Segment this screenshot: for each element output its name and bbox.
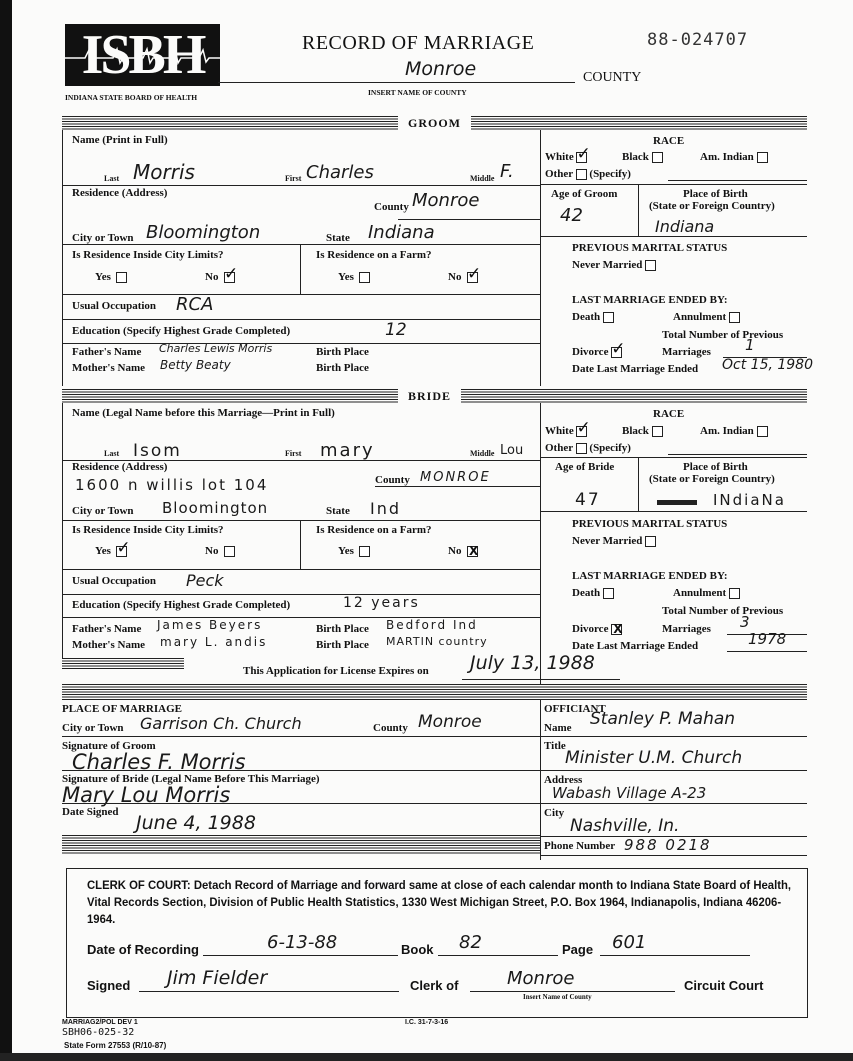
rule bbox=[727, 651, 807, 652]
groom-county: Monroe bbox=[412, 190, 479, 211]
date-band bbox=[62, 835, 540, 855]
date-signed-label: Date Signed bbox=[62, 806, 119, 818]
yes-label: Yes bbox=[338, 271, 354, 283]
bride-birthplace-sub: (State or Foreign Country) bbox=[649, 473, 775, 485]
rule bbox=[462, 679, 620, 680]
place-city-label: City or Town bbox=[62, 722, 124, 734]
no-label: No bbox=[448, 271, 461, 283]
rule bbox=[540, 457, 807, 458]
groom-middle-name: F. bbox=[500, 161, 514, 182]
groom-never-married[interactable]: Never Married bbox=[572, 259, 656, 271]
rule bbox=[540, 736, 807, 737]
bride-last-label: Last bbox=[104, 449, 119, 458]
isbh-logo: ISBH bbox=[65, 24, 220, 86]
groom-city-limits-yes[interactable]: Yes bbox=[95, 271, 127, 283]
rule bbox=[62, 520, 540, 521]
groom-race-other[interactable]: Other (Specify) bbox=[545, 168, 631, 180]
bride-city-limits-yes-checkbox[interactable] bbox=[116, 546, 127, 557]
rule bbox=[638, 457, 639, 511]
groom-annulment[interactable]: Annulment bbox=[673, 311, 740, 323]
groom-ended-by-label: LAST MARRIAGE ENDED BY: bbox=[572, 294, 728, 306]
never-married-label: Never Married bbox=[572, 535, 642, 547]
groom-total-prev: 1 bbox=[745, 336, 755, 354]
groom-death[interactable]: Death bbox=[572, 311, 614, 323]
bride-occupation-label: Usual Occupation bbox=[72, 575, 156, 587]
groom-farm-label: Is Residence on a Farm? bbox=[316, 249, 432, 261]
clerk-county-caption: Insert Name of County bbox=[523, 993, 592, 1001]
place-band bbox=[62, 684, 807, 700]
rule bbox=[438, 955, 558, 956]
license-expires-date: July 13, 1988 bbox=[470, 652, 595, 674]
groom-mother-label: Mother's Name bbox=[72, 362, 145, 374]
bride-city-limits-no[interactable]: No bbox=[205, 545, 235, 557]
ic-code: I.C. 31-7-3-16 bbox=[405, 1019, 448, 1026]
bride-never-married[interactable]: Never Married bbox=[572, 535, 656, 547]
clerk-instructions: CLERK OF COURT: Detach Record of Marriag… bbox=[87, 877, 795, 928]
groom-first-name: Charles bbox=[306, 162, 374, 183]
bride-birthplace-label: Place of Birth bbox=[683, 461, 748, 473]
rule bbox=[62, 294, 540, 295]
bride-age: 47 bbox=[575, 490, 601, 510]
rule bbox=[540, 511, 807, 512]
groom-birthplace: Indiana bbox=[655, 217, 714, 236]
clerk-county: Monroe bbox=[507, 968, 574, 989]
groom-residence-label: Residence (Address) bbox=[72, 187, 167, 199]
groom-mother-birthplace-label: Birth Place bbox=[316, 362, 369, 374]
death-label: Death bbox=[572, 587, 600, 599]
bride-farm-no[interactable]: No bbox=[448, 545, 478, 557]
license-expires-label: This Application for License Expires on bbox=[243, 665, 429, 677]
page-label: Page bbox=[562, 942, 593, 957]
groom-birthplace-label: Place of Birth bbox=[683, 188, 748, 200]
groom-first-label: First bbox=[285, 174, 301, 183]
rule bbox=[62, 343, 540, 344]
groom-father: Charles Lewis Morris bbox=[159, 342, 272, 355]
groom-occupation-label: Usual Occupation bbox=[72, 300, 156, 312]
bride-county-label: County bbox=[375, 474, 410, 486]
bride-county: MONROE bbox=[420, 470, 491, 485]
rule bbox=[540, 184, 807, 185]
groom-date-ended: Oct 15, 1980 bbox=[722, 357, 813, 373]
bride-annulment[interactable]: Annulment bbox=[673, 587, 740, 599]
rule bbox=[62, 319, 540, 320]
bride-race-black[interactable]: Black bbox=[622, 425, 663, 437]
groom-race-white[interactable]: White bbox=[545, 151, 587, 163]
bride-date-ended: 1978 bbox=[748, 630, 786, 648]
bride-total-prev-label: Total Number of Previous bbox=[662, 605, 783, 617]
bride-birthplace: INdiaNa bbox=[713, 491, 786, 509]
bride-state: Ind bbox=[370, 499, 401, 518]
groom-age: 42 bbox=[560, 205, 583, 226]
rule bbox=[62, 569, 540, 570]
rule bbox=[540, 770, 807, 771]
bride-father-label: Father's Name bbox=[72, 623, 141, 635]
groom-city-limits-no[interactable]: No bbox=[205, 271, 235, 283]
bride-divorce[interactable]: Divorce bbox=[572, 623, 622, 635]
bride-residence-label: Residence (Address) bbox=[72, 461, 167, 473]
rule bbox=[540, 236, 807, 237]
groom-race-white-checkbox[interactable] bbox=[576, 152, 587, 163]
form-code: MARRIAG2/POL DEV 1 bbox=[62, 1019, 138, 1026]
race-black-label: Black bbox=[622, 425, 649, 437]
rule bbox=[203, 955, 398, 956]
no-label: No bbox=[448, 545, 461, 557]
bride-date-ended-label: Date Last Marriage Ended bbox=[572, 640, 698, 652]
state-form-number: State Form 27553 (R/10-87) bbox=[64, 1041, 166, 1050]
rule bbox=[62, 736, 540, 737]
bride-death-checkbox[interactable] bbox=[603, 588, 614, 599]
race-white-label: White bbox=[545, 425, 574, 437]
bride-annulment-checkbox[interactable] bbox=[729, 588, 740, 599]
no-label: No bbox=[205, 271, 218, 283]
bride-city: Bloomington bbox=[162, 499, 268, 517]
bride-father-birthplace: Bedford Ind bbox=[386, 618, 478, 632]
bride-race-other-checkbox[interactable] bbox=[576, 443, 587, 454]
groom-race-am-indian-checkbox[interactable] bbox=[757, 152, 768, 163]
rule bbox=[139, 991, 399, 992]
bride-death[interactable]: Death bbox=[572, 587, 614, 599]
bride-prev-status-label: PREVIOUS MARITAL STATUS bbox=[572, 518, 727, 530]
annulment-label: Annulment bbox=[673, 587, 726, 599]
bride-ended-by-label: LAST MARRIAGE ENDED BY: bbox=[572, 570, 728, 582]
header-county-label: COUNTY bbox=[583, 70, 641, 86]
sbh-code: SBH06-025-32 bbox=[62, 1027, 134, 1038]
groom-marriages-label: Marriages bbox=[662, 346, 711, 358]
bride-first-name: mary bbox=[320, 440, 375, 461]
bride-city-limits-no-checkbox[interactable] bbox=[224, 546, 235, 557]
no-label: No bbox=[205, 545, 218, 557]
groom-date-ended-label: Date Last Marriage Ended bbox=[572, 363, 698, 375]
groom-total-prev-label: Total Number of Previous bbox=[662, 329, 783, 341]
bride-race-black-checkbox[interactable] bbox=[652, 426, 663, 437]
officiant-title: Minister U.M. Church bbox=[565, 748, 742, 768]
bride-total-prev: 3 bbox=[740, 613, 750, 631]
rule bbox=[668, 180, 807, 181]
rule bbox=[600, 955, 750, 956]
annulment-label: Annulment bbox=[673, 311, 726, 323]
race-white-label: White bbox=[545, 151, 574, 163]
bride-section-label: BRIDE bbox=[398, 389, 461, 403]
officiant-city: Nashville, In. bbox=[570, 816, 679, 836]
rule bbox=[300, 244, 301, 294]
book-label: Book bbox=[401, 942, 434, 957]
bride-divorce-checkbox[interactable] bbox=[611, 624, 622, 635]
header-county-line bbox=[218, 82, 575, 83]
groom-state: Indiana bbox=[368, 222, 435, 243]
race-other-label: Other bbox=[545, 168, 573, 180]
bride-father-birthplace-label: Birth Place bbox=[316, 623, 369, 635]
groom-last-label: Last bbox=[104, 174, 119, 183]
bride-city-limits-yes[interactable]: Yes bbox=[95, 545, 127, 557]
officiant-phone: 988 0218 bbox=[624, 836, 712, 854]
page-number: 601 bbox=[612, 932, 646, 953]
bride-race-white-checkbox[interactable] bbox=[576, 426, 587, 437]
rule bbox=[540, 855, 807, 856]
rule bbox=[638, 184, 639, 236]
bride-first-label: First bbox=[285, 449, 301, 458]
bride-occupation: Peck bbox=[186, 571, 224, 590]
bride-farm-label: Is Residence on a Farm? bbox=[316, 524, 432, 536]
groom-city-limits-no-checkbox[interactable] bbox=[224, 272, 235, 283]
groom-father-birthplace-label: Birth Place bbox=[316, 346, 369, 358]
bride-father: James Beyers bbox=[157, 618, 262, 632]
groom-education: 12 bbox=[385, 320, 407, 340]
agency-name: INDIANA STATE BOARD OF HEALTH bbox=[65, 93, 197, 102]
officiant-city-label: City bbox=[544, 807, 564, 819]
groom-name-label: Name (Print in Full) bbox=[72, 134, 168, 146]
divorce-label: Divorce bbox=[572, 623, 608, 635]
clerk-of-court-box: CLERK OF COURT: Detach Record of Marriag… bbox=[66, 868, 808, 1018]
groom-city-label: City or Town bbox=[72, 232, 134, 244]
bride-last-name: Isom bbox=[133, 441, 182, 461]
bride-education-label: Education (Specify Highest Grade Complet… bbox=[72, 599, 290, 611]
groom-birthplace-sub: (State or Foreign Country) bbox=[649, 200, 775, 212]
groom-city-limits-label: Is Residence Inside City Limits? bbox=[72, 249, 224, 261]
circuit-court-label: Circuit Court bbox=[684, 978, 763, 993]
groom-divorce-checkbox[interactable] bbox=[611, 347, 622, 358]
recording-date-label: Date of Recording bbox=[87, 942, 199, 957]
bride-never-married-checkbox[interactable] bbox=[645, 536, 656, 547]
header-county-caption: INSERT NAME OF COUNTY bbox=[368, 88, 467, 97]
groom-age-label: Age of Groom bbox=[551, 188, 617, 200]
rule bbox=[540, 403, 541, 693]
yes-label: Yes bbox=[95, 545, 111, 557]
yes-label: Yes bbox=[95, 271, 111, 283]
race-specify-label: (Specify) bbox=[589, 442, 631, 454]
bride-race-white[interactable]: White bbox=[545, 425, 587, 437]
groom-left-border bbox=[62, 130, 63, 386]
officiant-name: Stanley P. Mahan bbox=[590, 709, 735, 729]
groom-father-label: Father's Name bbox=[72, 346, 141, 358]
bride-farm-yes-checkbox[interactable] bbox=[359, 546, 370, 557]
groom-farm-yes[interactable]: Yes bbox=[338, 271, 370, 283]
groom-section-label: GROOM bbox=[398, 116, 471, 130]
recording-date: 6-13-88 bbox=[267, 932, 337, 953]
rule bbox=[540, 803, 807, 804]
scan-edge-bottom bbox=[0, 1053, 853, 1061]
groom-middle-label: Middle bbox=[470, 174, 494, 183]
officiant-name-label: Name bbox=[544, 722, 572, 734]
rule bbox=[470, 991, 675, 992]
bride-residence: 1600 n willis lot 104 bbox=[75, 476, 268, 494]
bride-age-label: Age of Bride bbox=[555, 461, 614, 473]
bride-race-am-indian-checkbox[interactable] bbox=[757, 426, 768, 437]
form-title: RECORD OF MARRIAGE bbox=[302, 32, 534, 55]
groom-never-married-checkbox[interactable] bbox=[645, 260, 656, 271]
clerk-of-label: Clerk of bbox=[410, 978, 458, 993]
bride-city-limits-label: Is Residence Inside City Limits? bbox=[72, 524, 224, 536]
book-number: 82 bbox=[459, 932, 482, 953]
bride-name-label: Name (Legal Name before this Marriage—Pr… bbox=[72, 407, 335, 419]
bride-mother: mary L. andis bbox=[160, 635, 267, 649]
rule bbox=[62, 594, 540, 595]
groom-race-am-indian[interactable]: Am. Indian bbox=[700, 151, 768, 163]
groom-city: Bloomington bbox=[146, 222, 260, 243]
yes-label: Yes bbox=[338, 545, 354, 557]
bride-race-other[interactable]: Other (Specify) bbox=[545, 442, 631, 454]
never-married-label: Never Married bbox=[572, 259, 642, 271]
groom-farm-no[interactable]: No bbox=[448, 271, 478, 283]
rule bbox=[375, 486, 540, 487]
bride-education: 12 years bbox=[343, 595, 420, 611]
groom-prev-status-label: PREVIOUS MARITAL STATUS bbox=[572, 242, 727, 254]
scan-edge-left bbox=[0, 0, 12, 1061]
bride-mother-birthplace: MARTIN country bbox=[386, 635, 488, 648]
groom-race-other-checkbox[interactable] bbox=[576, 169, 587, 180]
groom-annulment-checkbox[interactable] bbox=[729, 312, 740, 323]
certificate-number: 88-024707 bbox=[647, 30, 748, 50]
date-signed: June 4, 1988 bbox=[136, 812, 256, 834]
place-county: Monroe bbox=[418, 712, 482, 732]
groom-education-label: Education (Specify Highest Grade Complet… bbox=[72, 325, 290, 337]
header-county-value: Monroe bbox=[405, 58, 476, 80]
groom-race-black[interactable]: Black bbox=[622, 151, 663, 163]
groom-column-divider bbox=[540, 130, 541, 386]
rule bbox=[62, 403, 63, 658]
rule bbox=[62, 803, 540, 804]
officiant-title-label: Title bbox=[544, 740, 566, 752]
signed-label: Signed bbox=[87, 978, 130, 993]
bride-middle-label: Middle bbox=[470, 449, 494, 458]
rule bbox=[62, 770, 540, 771]
rule bbox=[668, 454, 807, 455]
groom-farm-no-checkbox[interactable] bbox=[467, 272, 478, 283]
groom-city-limits-yes-checkbox[interactable] bbox=[116, 272, 127, 283]
race-black-label: Black bbox=[622, 151, 649, 163]
race-specify-label: (Specify) bbox=[589, 168, 631, 180]
race-am-indian-label: Am. Indian bbox=[700, 151, 754, 163]
groom-county-label: County bbox=[374, 201, 409, 213]
rule bbox=[62, 244, 540, 245]
clerk-signature: Jim Fielder bbox=[167, 967, 267, 989]
groom-death-checkbox[interactable] bbox=[603, 312, 614, 323]
place-county-label: County bbox=[373, 722, 408, 734]
place-city: Garrison Ch. Church bbox=[140, 714, 302, 733]
rule bbox=[398, 219, 540, 220]
race-am-indian-label: Am. Indian bbox=[700, 425, 754, 437]
bride-middle-name: Lou bbox=[500, 443, 523, 458]
officiant-phone-label: Phone Number bbox=[544, 840, 615, 852]
groom-state-label: State bbox=[326, 232, 350, 244]
groom-occupation: RCA bbox=[176, 294, 213, 315]
groom-farm-yes-checkbox[interactable] bbox=[359, 272, 370, 283]
groom-divorce[interactable]: Divorce bbox=[572, 346, 622, 358]
bride-farm-no-checkbox[interactable] bbox=[467, 546, 478, 557]
bride-state-label: State bbox=[326, 505, 350, 517]
bride-farm-yes[interactable]: Yes bbox=[338, 545, 370, 557]
groom-race-black-checkbox[interactable] bbox=[652, 152, 663, 163]
bride-mother-label: Mother's Name bbox=[72, 639, 145, 651]
rule bbox=[62, 185, 540, 186]
divorce-label: Divorce bbox=[572, 346, 608, 358]
groom-mother: Betty Beaty bbox=[160, 358, 231, 372]
bride-city-label: City or Town bbox=[72, 505, 134, 517]
officiant-address: Wabash Village A-23 bbox=[552, 784, 706, 802]
groom-race-label: RACE bbox=[653, 135, 684, 147]
bride-mother-birthplace-label: Birth Place bbox=[316, 639, 369, 651]
birthplace-strikeout bbox=[657, 500, 697, 505]
race-other-label: Other bbox=[545, 442, 573, 454]
death-label: Death bbox=[572, 311, 600, 323]
bride-marriages-label: Marriages bbox=[662, 623, 711, 635]
rule bbox=[300, 520, 301, 569]
bride-race-label: RACE bbox=[653, 408, 684, 420]
groom-last-name: Morris bbox=[133, 160, 195, 184]
license-band-left bbox=[62, 658, 184, 669]
bride-race-am-indian[interactable]: Am. Indian bbox=[700, 425, 768, 437]
heartbeat-line-icon bbox=[65, 46, 220, 66]
